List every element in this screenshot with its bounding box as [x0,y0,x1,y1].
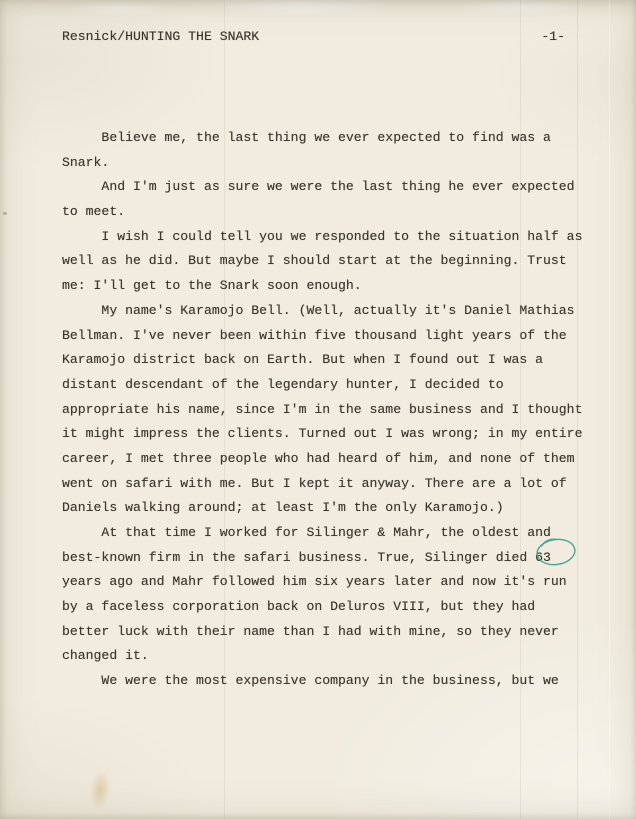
manuscript-line: appropriate his name, since I'm in the s… [62,398,582,423]
manuscript-line: Bellman. I've never been within five tho… [62,324,582,349]
running-head: Resnick/HUNTING THE SNARK [62,24,259,49]
scan-artifact-line [609,0,610,819]
manuscript-line: I wish I could tell you we responded to … [62,225,582,250]
page-number: -1- [541,24,565,49]
manuscript-line: We were the most expensive company in th… [62,669,582,694]
manuscript-line: Snark. [62,151,582,176]
manuscript-line: Karamojo district back on Earth. But whe… [62,348,582,373]
manuscript-line: went on safari with me. But I kept it an… [62,472,582,497]
manuscript-line: career, I met three people who had heard… [62,447,582,472]
manuscript-line: At that time I worked for Silinger & Mah… [62,521,582,546]
manuscript-line: it might impress the clients. Turned out… [62,422,582,447]
manuscript-line: years ago and Mahr followed him six year… [62,570,582,595]
manuscript-line: changed it. [62,644,582,669]
manuscript-line: best-known firm in the safari business. … [62,546,582,571]
manuscript-line: distant descendant of the legendary hunt… [62,373,582,398]
manuscript-line: to meet. [62,200,582,225]
manuscript-line: me: I'll get to the Snark soon enough. [62,274,582,299]
page-header: Resnick/HUNTING THE SNARK -1- [62,24,565,49]
manuscript-page: Resnick/HUNTING THE SNARK -1- Believe me… [0,0,636,819]
manuscript-line: better luck with their name than I had w… [62,620,582,645]
manuscript-line: And I'm just as sure we were the last th… [62,175,582,200]
manuscript-line: well as he did. But maybe I should start… [62,249,582,274]
manuscript-line: by a faceless corporation back on Deluro… [62,595,582,620]
manuscript-line: Daniels walking around; at least I'm the… [62,496,582,521]
manuscript-line: My name's Karamojo Bell. (Well, actually… [62,299,582,324]
manuscript-line: Believe me, the last thing we ever expec… [62,126,582,151]
editor-circle-annotation [534,536,580,570]
manuscript-body: Believe me, the last thing we ever expec… [62,126,582,694]
paper-speck [3,212,7,215]
paper-stain [88,769,112,811]
